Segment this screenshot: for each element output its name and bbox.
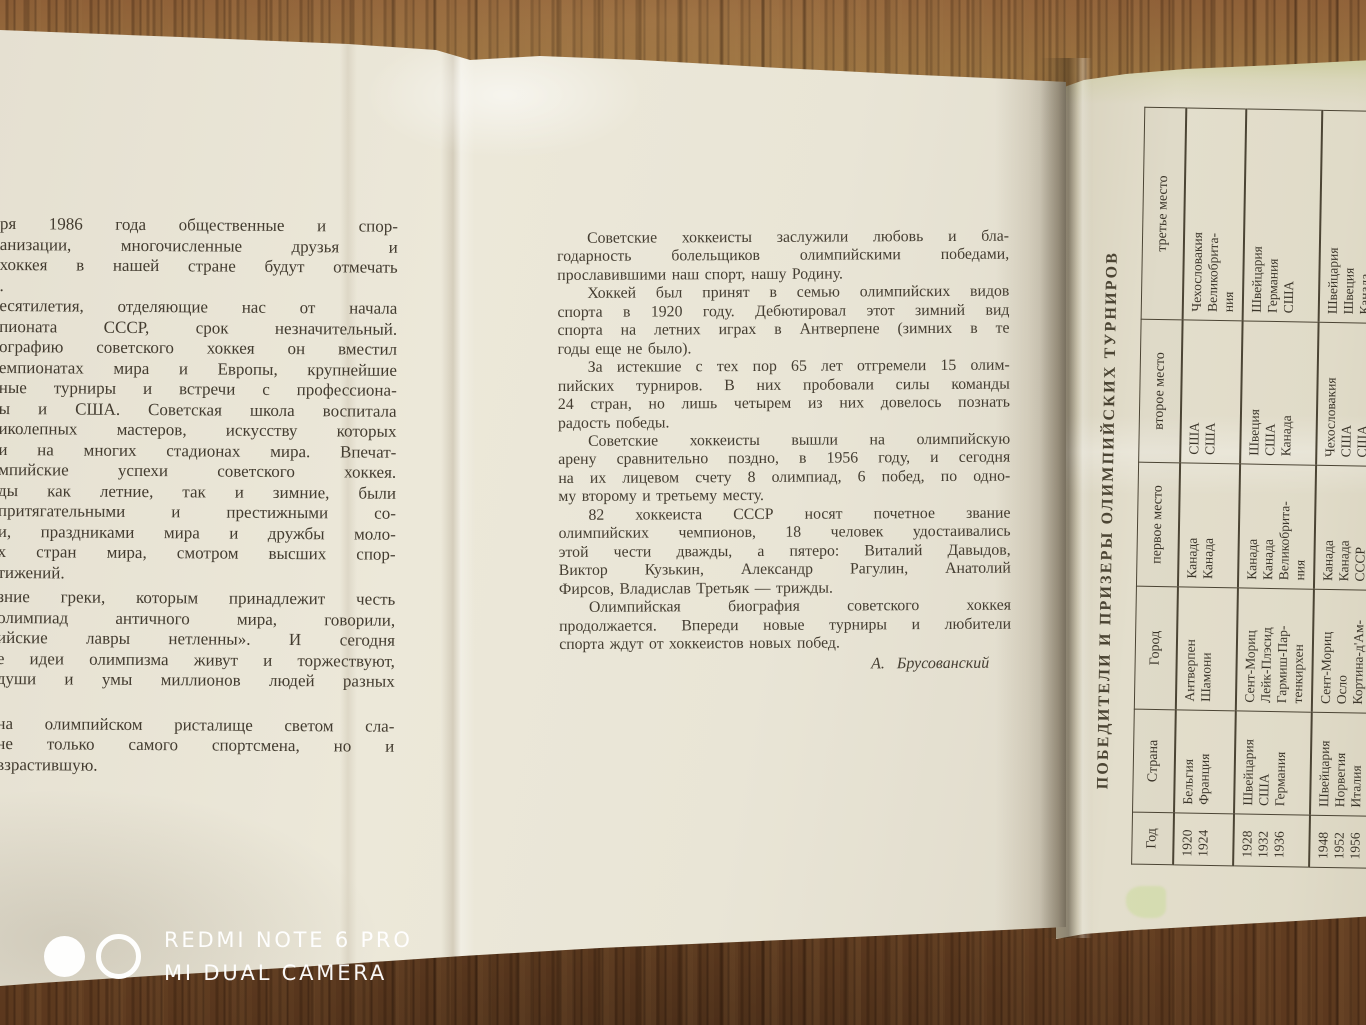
table-cell: ЧехословакияСШАСША	[1316, 322, 1366, 466]
text-line: ийские лавры нетленны». И сегодня	[0, 628, 395, 651]
cell-line: 1924	[1195, 816, 1212, 857]
text-line: ды как летние, так и зимние, были	[0, 480, 396, 503]
watermark-filled-circle-icon	[44, 936, 85, 977]
rotated-page-content: ПОБЕДИТЕЛИ И ПРИЗЕРЫ ОЛИМПИЙСКИХ ТУРНИРО…	[1046, 0, 1366, 1025]
text-line: спорта ждут от хоккеистов новых побед.	[559, 634, 1011, 655]
cell-line: Канада	[1244, 467, 1262, 580]
cell-line: Сент-Мориц	[1242, 591, 1260, 703]
table-cell: 192819321936	[1233, 814, 1310, 867]
cell-line: Осло	[1334, 592, 1352, 704]
text-line: на олимпийском ристалище светом сла-	[0, 713, 395, 736]
text-line: 82 хоккеиста СССР носят почетное звание	[558, 504, 1010, 525]
cell-line: Великобрита-	[1276, 467, 1294, 580]
text-line: олимпийских чемпионов, 18 человек удоста…	[559, 523, 1011, 544]
text-line: притягательными и престижными со-	[0, 501, 396, 524]
cell-line: ния	[1292, 467, 1310, 580]
cell-line: 1928	[1239, 816, 1256, 857]
text-line: Олимпийская биография советского хоккея	[559, 597, 1011, 618]
cell-line: Швейцария	[1316, 715, 1334, 807]
cell-line: США	[1202, 323, 1220, 455]
cell-line: США	[1256, 714, 1274, 806]
text-line: Советские хоккеисты вышли на олимпийскую	[558, 431, 1010, 452]
middle-page-text: Советские хоккеисты заслужили любовь и б…	[557, 228, 1011, 676]
text-line: и, праздниками мира и дружбы моло-	[0, 521, 396, 544]
cell-line: Канада	[1320, 468, 1338, 581]
table-cell: КанадаКанада	[1178, 463, 1240, 588]
cell-line: тенкирхен	[1290, 591, 1308, 703]
text-line: арену сравнительно поздно, в 1956 году, …	[558, 449, 1010, 470]
text-line: годы еще не было).	[558, 338, 1010, 359]
text-line: годарность болельщиков олимпийскими побе…	[557, 246, 1009, 267]
text-line: ы и США. Советская школа воспитала	[0, 398, 397, 421]
table-cell: ЧехословакияВеликобрита-ния	[1183, 108, 1247, 321]
text-line: мпийские успехи советского хоккея.	[0, 460, 396, 483]
text-line: пионата СССР, срок незначительный.	[0, 316, 397, 339]
watermark-line2: MI DUAL CAMERA	[164, 957, 413, 990]
watermark-text: REDMI NOTE 6 PRO MI DUAL CAMERA	[164, 924, 413, 990]
table-cell: АнтверпенШамони	[1176, 587, 1238, 711]
cell-line: Норвегия	[1332, 715, 1350, 807]
cell-line: Канада	[1260, 467, 1278, 580]
table-cell: СШАСША	[1180, 320, 1242, 464]
text-line: взрастившую.	[0, 754, 394, 777]
cell-line: 1932	[1255, 817, 1272, 858]
cell-line: Кортина-д'Ам-	[1350, 592, 1366, 704]
author-signature: А. Брусованский	[559, 655, 1011, 676]
cell-line: Антверпен	[1182, 589, 1200, 701]
cell-line: 1948	[1315, 818, 1332, 859]
text-line: радость победы.	[558, 412, 1010, 433]
text-line: Хоккей был принят в семью олимпийских ви…	[557, 283, 1009, 304]
text-line: ографию советского хоккея он вместил	[0, 337, 397, 360]
cell-line: Лейк-Плэсид	[1258, 591, 1276, 703]
text-line: спорта на летних играх в Антверпене (зим…	[557, 320, 1009, 341]
text-line: е идеи олимпизма живут и торжествуют,	[0, 648, 395, 671]
column-header: Город	[1134, 586, 1178, 710]
text-line: спорта в 1920 году. Дебютировал этот зим…	[557, 301, 1009, 322]
cell-line: 1936	[1271, 817, 1288, 858]
cell-line: 1920	[1179, 815, 1196, 856]
cell-line: Шамони	[1198, 590, 1216, 702]
table-cell: Сент-МорицОслоКортина-д'Ам-пеццо	[1312, 589, 1366, 713]
text-line: иколепных мастеров, искусству которых	[0, 419, 397, 442]
table-cell: КанадаКанадаВеликобрита-ния	[1238, 464, 1316, 589]
table-cell: ШвецияСШАКанада	[1240, 321, 1318, 465]
cell-line: Франция	[1196, 713, 1214, 805]
cell-line: Канада	[1184, 465, 1202, 578]
text-line: души и умы миллионов людей разных	[0, 669, 395, 692]
column-header: третье место	[1141, 107, 1186, 320]
olympic-results-table: ГодСтранаГородпервое местовторое местотр…	[1131, 107, 1366, 869]
table-cell: 19201924	[1173, 813, 1234, 866]
table-cell: КанадаКанадаСССР	[1314, 465, 1366, 590]
text-line: хоккея в нашей стране будут отмечать	[0, 255, 398, 278]
text-line: есятилетия, отделяющие нас от начала	[0, 296, 397, 319]
table-row-group: 192819321936ШвейцарияСШАГерманияСент-Мор…	[1233, 109, 1322, 867]
text-line: За истекшие с тех пор 65 лет отгремели 1…	[558, 357, 1010, 378]
column-header: второе место	[1139, 319, 1183, 463]
text-line: этой чести дважды, а пятеро: Виталий Дав…	[559, 541, 1011, 562]
column-header: Год	[1132, 812, 1174, 865]
text-line: пийских турниров. В них пробовали силы к…	[558, 375, 1010, 396]
olympic-results-table-wrapper: ГодСтранаГородпервое местовторое местотр…	[1131, 108, 1366, 869]
cell-line: 1952	[1331, 818, 1348, 859]
text-line: ные турниры и встречи с профессиона-	[0, 378, 397, 401]
text-line: на их лицевом счету 8 олимпиад, 6 побед,…	[558, 468, 1010, 489]
text-line: 24 стран, но лишь четырем из них довелос…	[558, 394, 1010, 415]
text-line: емпионатах мира и Европы, крупнейшие	[0, 357, 397, 380]
text-line: ря 1986 года общественные и спор-	[0, 214, 398, 237]
cell-line: Швейцария	[1240, 713, 1258, 805]
cell-line: США	[1354, 325, 1366, 457]
cell-line: ния	[1221, 111, 1241, 312]
text-line: зние греки, которым принадлежит честь	[0, 587, 395, 610]
watermark-ring-circle-icon	[96, 934, 141, 979]
cell-line: Канада	[1278, 324, 1296, 456]
booklet-table-page: ПОБЕДИТЕЛИ И ПРИЗЕРЫ ОЛИМПИЙСКИХ ТУРНИРО…	[1056, 0, 1366, 1025]
table-cell: ШвейцарияГерманияСША	[1243, 109, 1323, 322]
cell-line: Канада	[1200, 466, 1218, 579]
table-cell: БельгияФранция	[1174, 710, 1236, 814]
text-line: х стран мира, смотром высших спор-	[0, 542, 396, 565]
text-line: и на многих стадионах мира. Впечат-	[0, 439, 396, 462]
table-cell: ШвейцарияНорвегияИталия	[1310, 712, 1366, 816]
text-line: прославившими наш спорт, нашу Родину.	[557, 265, 1009, 286]
text-line: Советские хоккеисты заслужили любовь и б…	[557, 228, 1009, 249]
watermark-line1: REDMI NOTE 6 PRO	[164, 924, 413, 957]
column-header: первое место	[1136, 462, 1180, 587]
cell-line: Германия	[1272, 714, 1290, 806]
text-line: Фирсов, Владислав Третьяк — трижды.	[559, 578, 1011, 599]
text-line: му второму и третьему месту.	[558, 486, 1010, 507]
cell-line: США	[1281, 112, 1301, 313]
text-line: .	[0, 275, 398, 298]
photo-stage: ПОБЕДИТЕЛИ И ПРИЗЕРЫ ОЛИМПИЙСКИХ ТУРНИРО…	[0, 0, 1366, 1025]
left-page-text: ря 1986 года общественные и спор-анизаци…	[0, 214, 398, 778]
text-line: не только самого спортсмена, но и	[0, 734, 394, 757]
text-line: Виктор Кузькин, Александр Рагулин, Анато…	[559, 560, 1011, 581]
cell-line: Италия	[1348, 715, 1366, 807]
cell-line: Гармиш-Пар-	[1274, 591, 1292, 703]
booklet-left-middle-sheet: ря 1986 года общественные и спор-анизаци…	[0, 0, 1066, 1025]
cell-line: Сент-Мориц	[1318, 592, 1336, 704]
table-cell: Сент-МорицЛейк-ПлэсидГармиш-Пар-тенкирхе…	[1236, 588, 1314, 712]
cell-line: 1956	[1347, 818, 1364, 859]
table-cell: 194819521956	[1309, 815, 1366, 868]
cell-line: СССР	[1352, 468, 1366, 581]
cell-line: Бельгия	[1180, 712, 1198, 804]
table-cell: ШвейцарияШвецияКанада	[1319, 110, 1366, 323]
text-line: продолжается. Впереди новые турниры и лю…	[559, 615, 1011, 636]
cell-line: Канада	[1336, 468, 1354, 581]
text-line: олимпиад античного мира, говорили,	[0, 607, 395, 630]
table-cell: ШвейцарияСШАГермания	[1234, 711, 1312, 815]
table-title: ПОБЕДИТЕЛИ И ПРИЗЕРЫ ОЛИМПИЙСКИХ ТУРНИРО…	[1094, 220, 1122, 820]
text-line: тижений.	[0, 562, 396, 585]
text-line: анизации, многочисленные друзья и	[0, 234, 398, 257]
column-header: Страна	[1133, 709, 1176, 813]
